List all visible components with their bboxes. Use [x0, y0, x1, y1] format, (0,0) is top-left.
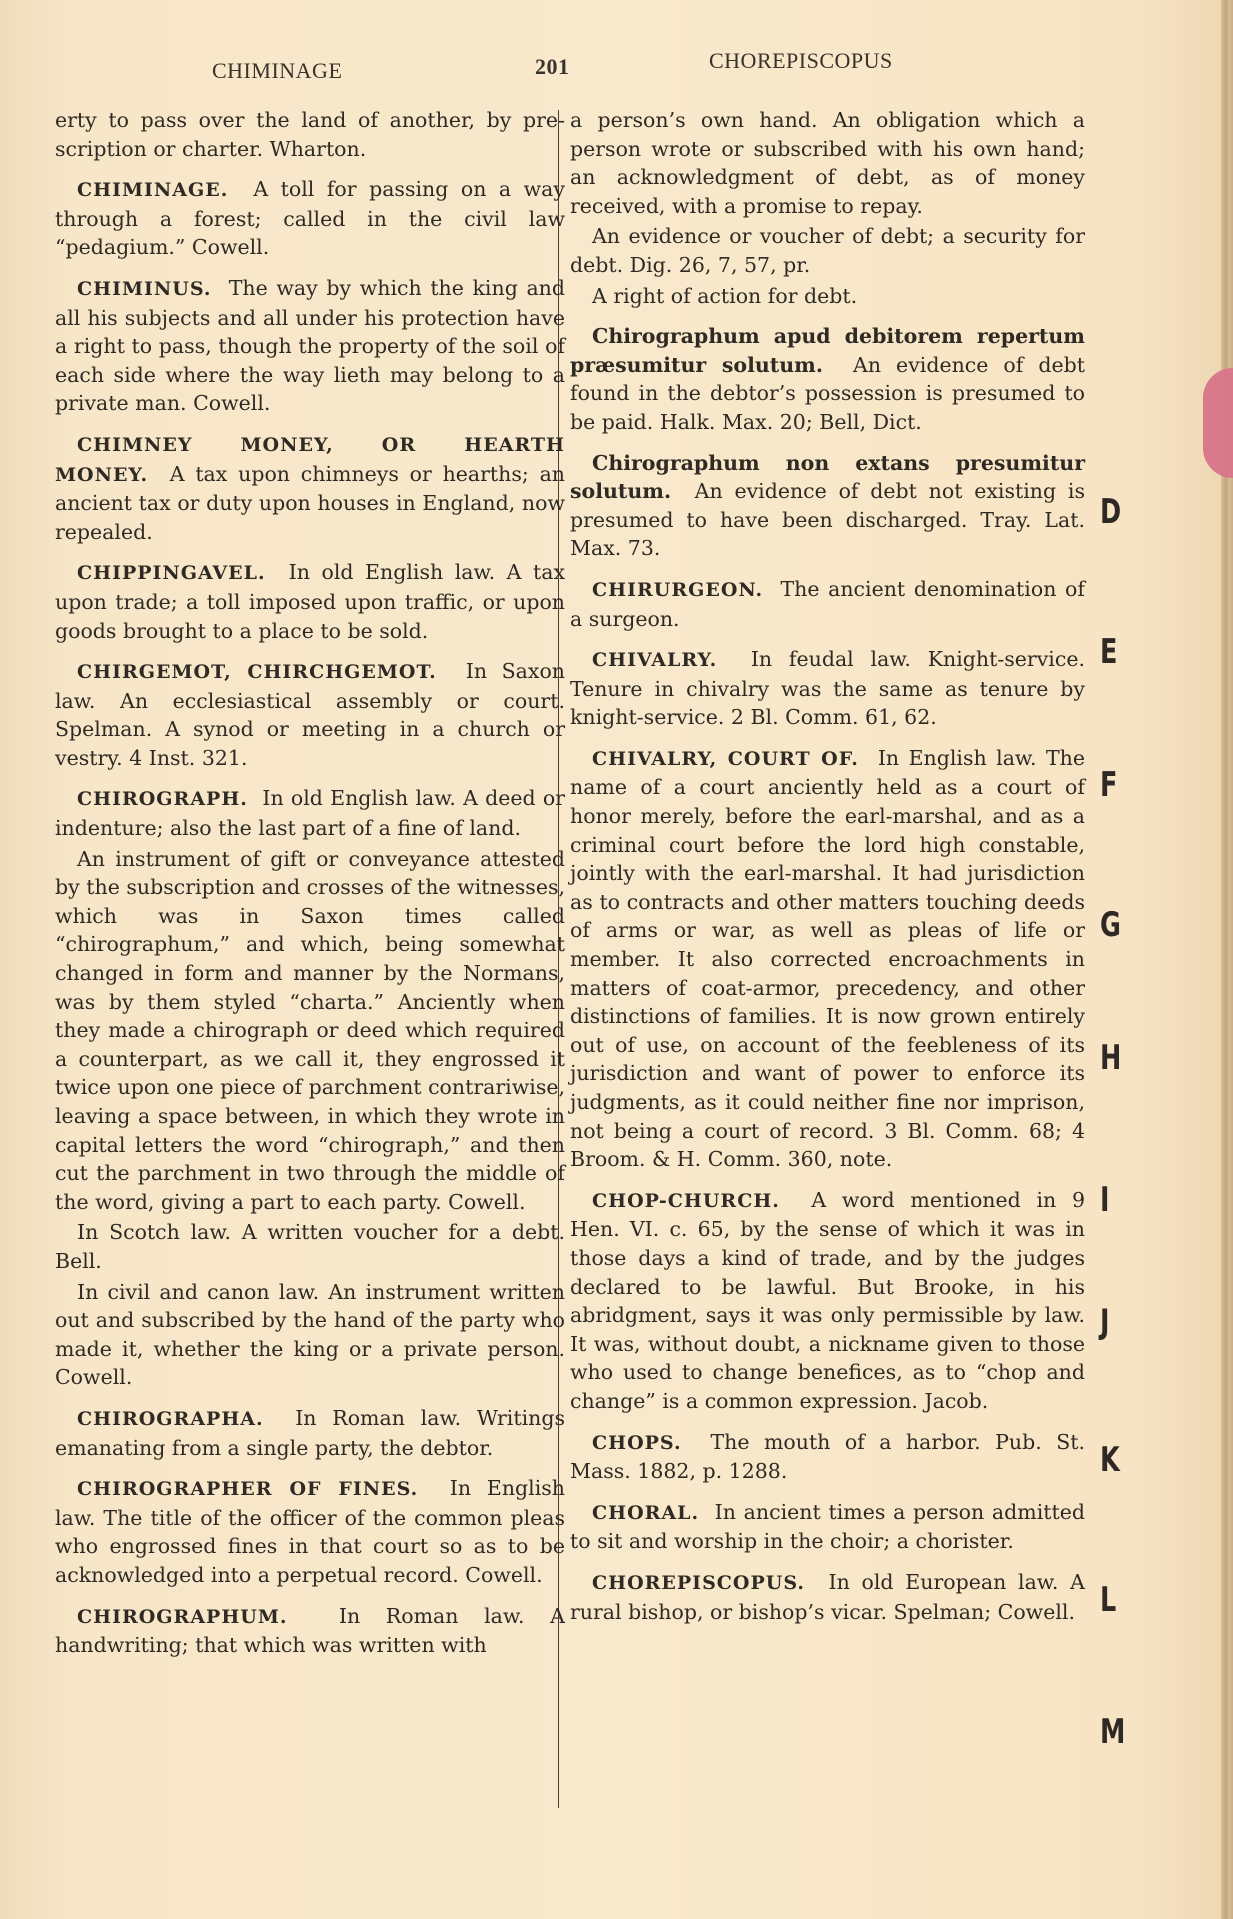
entry-choral: CHORAL. In ancient times a person ad­mit… [570, 1498, 1085, 1556]
definition: A word mentioned in 9 Hen. VI. c. 65, by… [570, 1188, 1085, 1413]
left-guide-word: CHIMINAGE [212, 58, 342, 84]
entry-chirographum-continued: a person’s own hand. An obligation which… [570, 106, 1085, 310]
thumb-index-letter-g[interactable]: G [1100, 905, 1130, 945]
headword: CHOREPISCOPUS. [592, 1572, 805, 1594]
headword: CHORAL. [592, 1502, 699, 1524]
thumb-index: D E F G H I J K L M [1100, 0, 1150, 1919]
entry-chivalry: CHIVALRY. In feudal law. Knight-service.… [570, 645, 1085, 732]
entry-chirograph: CHIROGRAPH. In old English law. A deed o… [55, 784, 565, 1391]
definition-paragraph: In civil and canon law. An instrument wr… [55, 1278, 565, 1392]
thumb-index-tab [1203, 368, 1233, 478]
entry-chops: CHOPS. The mouth of a harbor. Pub. St. M… [570, 1428, 1085, 1486]
headword: CHIROGRAPH. [77, 788, 248, 810]
entry-chippingavel: CHIPPINGAVEL. In old English law. A tax … [55, 558, 565, 645]
headword: CHIMINUS. [77, 278, 211, 300]
definition-paragraph: In Scotch law. A written voucher for a d… [55, 1218, 565, 1275]
entry-chivalry-court-of: CHIVALRY, COURT OF. In English law. The … [570, 744, 1085, 1174]
entry-chorepiscopus: CHOREPISCOPUS. In old European law. A ru… [570, 1568, 1085, 1626]
entry-chirurgeon: CHIRURGEON. The ancient denom­ination of… [570, 575, 1085, 633]
entry-chirographa: CHIROGRAPHA. In Roman law. Writ­ings ema… [55, 1404, 565, 1462]
running-head: CHIMINAGE 201 CHOREPISCOPUS [0, 48, 1233, 88]
entry-chiminage: CHIMINAGE. A toll for passing on a way t… [55, 175, 565, 262]
headword: CHIVALRY. [592, 649, 717, 671]
definition-paragraph: An instrument of gift or conveyance at­t… [55, 845, 565, 1217]
page-number: 201 [535, 54, 570, 80]
thumb-index-letter-i[interactable]: I [1100, 1180, 1130, 1220]
thumb-index-letter-k[interactable]: K [1100, 1440, 1130, 1480]
entry-chiminus: CHIMINUS. The way by which the king and … [55, 274, 565, 418]
continuation-text: erty to pass over the land of another, b… [55, 106, 565, 163]
left-column: erty to pass over the land of another, b… [55, 106, 565, 1672]
thumb-index-letter-e[interactable]: E [1100, 632, 1130, 672]
definition-paragraph: A right of action for debt. [570, 282, 1085, 311]
headword: CHOPS. [592, 1432, 682, 1454]
entry-maxim-apud-debitorem: Chirographum apud debitorem re­pertum pr… [570, 322, 1085, 436]
headword: CHIRURGEON. [592, 579, 763, 601]
thumb-index-letter-f[interactable]: F [1100, 765, 1130, 805]
entry-chirographer-of-fines: CHIROGRAPHER OF FINES. In English law. T… [55, 1474, 565, 1589]
definition-paragraph: An evidence or voucher of debt; a securi… [570, 222, 1085, 279]
headword: CHOP-CHURCH. [592, 1190, 780, 1212]
entry-chimney-money: CHIMNEY MONEY, or HEARTH MONEY. A tax up… [55, 430, 565, 546]
thumb-index-letter-l[interactable]: L [1100, 1580, 1130, 1620]
page-edge [1221, 0, 1233, 1919]
right-guide-word: CHOREPISCOPUS [709, 48, 893, 74]
continuation-text: a person’s own hand. An obligation which… [570, 106, 1085, 220]
thumb-index-letter-d[interactable]: D [1100, 492, 1130, 532]
definition: In English law. The name of a court anci… [570, 746, 1085, 1171]
headword: CHIROGRAPHER OF FINES. [77, 1478, 418, 1500]
headword: CHIRGEMOT, CHIRCHGEMOT. [77, 661, 437, 683]
scanned-page: CHIMINAGE 201 CHOREPISCOPUS erty to pass… [0, 0, 1233, 1919]
headword: CHIROGRAPHA. [77, 1408, 264, 1430]
headword: CHIMINAGE. [77, 179, 228, 201]
entry-chirographum: CHIROGRAPHUM. In Roman law. A handwritin… [55, 1602, 565, 1660]
entry-maxim-non-extans: Chirographum non extans presumitur solut… [570, 449, 1085, 563]
entry-chop-church: CHOP-CHURCH. A word mentioned in 9 Hen. … [570, 1186, 1085, 1416]
headword: CHIPPINGAVEL. [77, 562, 266, 584]
entry-continuation: erty to pass over the land of another, b… [55, 106, 565, 163]
thumb-index-letter-j[interactable]: J [1100, 1302, 1130, 1342]
entry-chirgemot: CHIRGEMOT, CHIRCHGEMOT. In Saxon law. An… [55, 657, 565, 772]
thumb-index-letter-m[interactable]: M [1100, 1712, 1130, 1752]
right-column: a person’s own hand. An obligation which… [570, 106, 1085, 1638]
headword: CHIROGRAPHUM. [77, 1606, 288, 1628]
thumb-index-letter-h[interactable]: H [1100, 1038, 1130, 1078]
headword: CHIVALRY, COURT OF. [592, 748, 859, 770]
